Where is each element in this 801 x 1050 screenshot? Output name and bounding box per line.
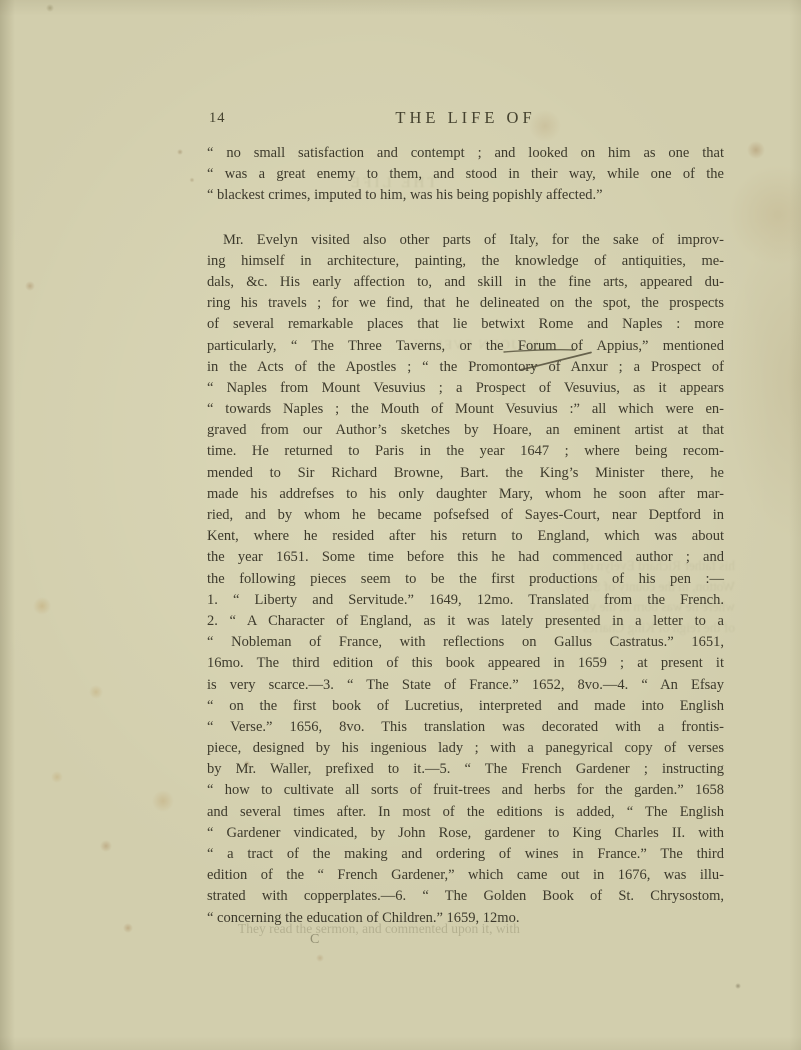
text-line: ried, and by whom he became pofsefsed of… — [207, 505, 724, 526]
text-line: Kent, where he resided after his return … — [207, 526, 724, 547]
text-line: in the Acts of the Apostles ; “ the Prom… — [207, 357, 724, 378]
text-line: “ blackest crimes, imputed to him, was h… — [207, 185, 724, 206]
text-line: “ was a great enemy to them, and stood i… — [207, 164, 724, 185]
book-page: THE LIFE M. JOHN EVELYN. his father Rich… — [0, 0, 801, 1050]
text-line: 16mo. The third edition of this book app… — [207, 653, 724, 674]
text-block: “ no small satisfaction and contempt ; a… — [207, 143, 724, 929]
text-line: “ on the first book of Lucretius, interp… — [207, 696, 724, 717]
running-title: THE LIFE OF — [207, 108, 724, 128]
text-line: 2. “ A Character of England, as it was l… — [207, 611, 724, 632]
text-line: particularly, “ The Three Taverns, or th… — [207, 336, 724, 357]
text-line: “ Gardener vindicated, by John Rose, gar… — [207, 823, 724, 844]
text-line: by Mr. Waller, prefixed to it.—5. “ The … — [207, 759, 724, 780]
text-line: “ no small satisfaction and contempt ; a… — [207, 143, 724, 164]
text-line: “ towards Naples ; the Mouth of Mount Ve… — [207, 399, 724, 420]
text-line: and several times after. In most of the … — [207, 802, 724, 823]
signature-mark: C — [310, 932, 319, 948]
text-line: graved from our Author’s sketches by Hoa… — [207, 420, 724, 441]
text-line: “ Nobleman of France, with reflections o… — [207, 632, 724, 653]
text-line: mended to Sir Richard Browne, Bart. the … — [207, 463, 724, 484]
text-line: “ Verse.” 1656, 8vo. This translation wa… — [207, 717, 724, 738]
text-line: ring his travels ; for we find, that he … — [207, 293, 724, 314]
text-line: “ concerning the education of Children.”… — [207, 908, 724, 929]
text-line: is very scarce.—3. “ The State of France… — [207, 675, 724, 696]
page-number: 14 — [209, 110, 226, 127]
text-line: “ how to cultivate all sorts of fruit-tr… — [207, 780, 724, 801]
text-line: “ Naples from Mount Vesuvius ; a Prospec… — [207, 378, 724, 399]
text-line: edition of the “ French Gardener,” which… — [207, 865, 724, 886]
text-line: strated with copperplates.—6. “ The Gold… — [207, 886, 724, 907]
text-line: dals, &c. His early affection to, and sk… — [207, 272, 724, 293]
text-line: time. He returned to Paris in the year 1… — [207, 441, 724, 462]
text-line: of several remarkable places that lie be… — [207, 314, 724, 335]
text-line: Mr. Evelyn visited also other parts of I… — [207, 230, 724, 251]
text-line: made his addrefses to his only daughter … — [207, 484, 724, 505]
text-line: the year 1651. Some time before this he … — [207, 547, 724, 568]
text-line: piece, designed by his ingenious lady ; … — [207, 738, 724, 759]
text-line: ing himself in architecture, painting, t… — [207, 251, 724, 272]
text-line: 1. “ Liberty and Servitude.” 1649, 12mo.… — [207, 590, 724, 611]
page-header: 14 THE LIFE OF — [207, 108, 724, 128]
text-line: the following pieces seem to be the firs… — [207, 569, 724, 590]
paragraph: Mr. Evelyn visited also other parts of I… — [207, 230, 724, 929]
text-line: “ a tract of the making and ordering of … — [207, 844, 724, 865]
paragraph: “ no small satisfaction and contempt ; a… — [207, 143, 724, 207]
